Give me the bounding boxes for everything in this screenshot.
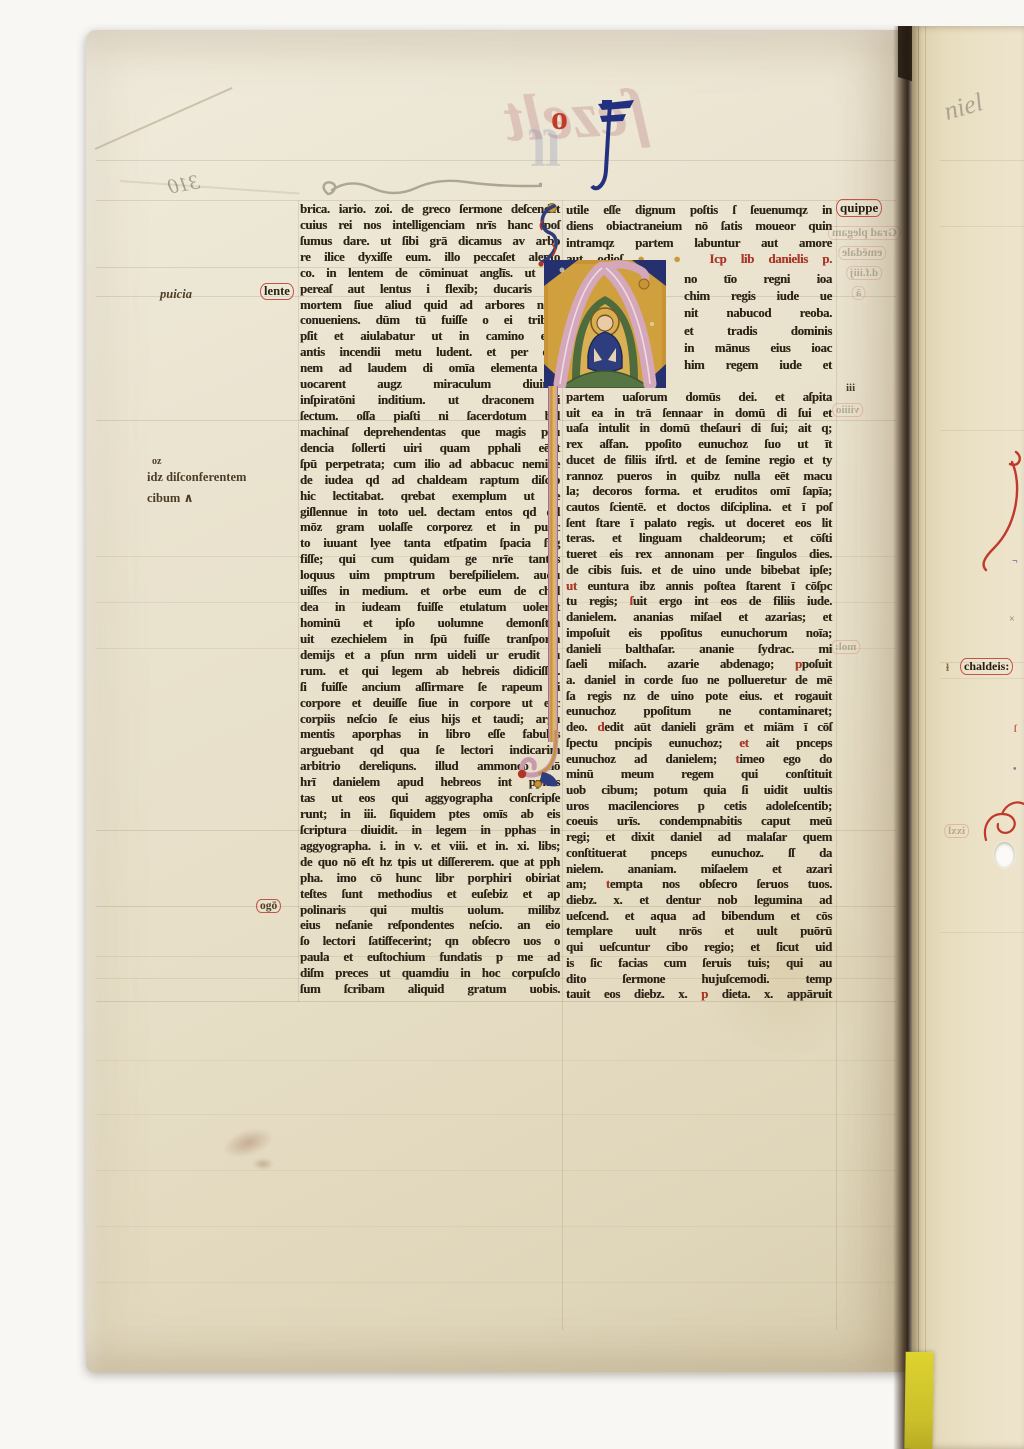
text-line: ueſcend. et aqua ad bibendum et cōs: [566, 909, 832, 925]
text-line: intramqz partem labuntur aut amore: [566, 235, 832, 251]
text-span: eunuchoz ad danielem;: [566, 752, 735, 766]
text-span: et: [739, 736, 748, 750]
text-line: hic lectitabat. qrebat exemplum ut le: [300, 489, 560, 505]
text-line: tas ut eos qui aggyographa conſcripſe: [300, 791, 560, 807]
text-line: hrī danielem apud hebreos int pphas: [300, 775, 560, 791]
text-line: dencia ſollerti uiri quam pphali eēnt: [300, 441, 560, 457]
text-line: regi; et dixit daniel ad malaſar quem: [566, 830, 832, 846]
text-line: cuius rei nos intelligenciam nrīs hanc p…: [300, 218, 560, 234]
text-line: eunuchoz ppoſitum ne contaminaret;: [566, 704, 832, 720]
edge-paraph-mark: ¬: [1012, 556, 1018, 567]
text-line: nielem. ananiam. miſaelem et azari: [566, 862, 832, 878]
text-span: ſaeli miſach. azarie abdenago;: [566, 657, 795, 671]
yellow-bookmark-tab: [904, 1352, 933, 1449]
text-line: rex aſfan. ppoſito eunuchoz ſuo ut īt: [566, 437, 832, 453]
text-span: dieta. x. appāruit: [708, 987, 832, 1001]
left-text-column: brica. iario. zoi. de greco ſermone deſc…: [300, 202, 560, 998]
ruling-line: [96, 160, 896, 161]
ruling-line: [940, 932, 1024, 933]
text-line: loquus uim pmptrum bereſpilielem. audu: [300, 568, 560, 584]
margin-note-chaldeis: chaldeis:: [960, 658, 1013, 675]
text-line: uit ea in trā ſennaar in domū di ſui et: [566, 406, 832, 422]
text-line: ducet de filiis iſrtl. et de ſemine regi…: [566, 453, 832, 469]
text-span: tauit eos diebz. x.: [566, 987, 701, 1001]
text-line: teſtes ſunt methodius et euſebiz et ap: [300, 887, 560, 903]
ruling-line: [96, 1170, 896, 1171]
text-line: re ilice dyxiſſe eum. illo peccaſet alen…: [300, 250, 560, 266]
page-edge-line: [925, 26, 926, 1449]
text-span: p: [795, 657, 802, 671]
edge-cross-mark: ×: [1009, 614, 1015, 625]
showthrough-lxx: ixxl: [944, 824, 969, 838]
text-span: ſpectu pncipis eunuchoz;: [566, 736, 739, 750]
ink-smudge-small: [252, 1158, 274, 1170]
showthrough-note-2: emēdale: [838, 246, 886, 260]
margin-gloss-iuicia: puicia: [160, 287, 192, 302]
text-line: diens obiactraneium nō ſatis moueor quin: [566, 218, 832, 234]
text-line: mentis aporphas in libro eſſe fabulas: [300, 727, 560, 743]
ruling-line: [96, 1226, 896, 1227]
text-line: diſm preces ut quamdiu in hoc corpuſclo: [300, 966, 560, 982]
text-line: ut euntura ibz annis poſtea ſtarent ī cō…: [566, 579, 832, 595]
text-span: imeo ego do: [739, 752, 832, 766]
showthrough-mol: mol:: [831, 640, 860, 654]
text-line: rannoz pueros in quibz nulla eēt macu: [566, 469, 832, 485]
text-line: ſi fuiſſe ancium aſſirmare ſe rapeum i: [300, 680, 560, 696]
text-line: arbitrio dereliquns. illud ammoneo nō: [300, 759, 560, 775]
text-line: tueret eis rex annonam per ſingulos dies…: [566, 547, 832, 563]
text-line: ſum ſcribam aliquid gratum uobis.: [300, 982, 560, 998]
text-line: to iuuant lyee tanta etſpatim ſpacia ſug: [300, 536, 560, 552]
text-line: demijs et a pſun nrm uideli ur erudit iu: [300, 648, 560, 664]
ruling-line: [940, 678, 1024, 679]
tick-mark: ƚ: [946, 662, 949, 674]
text-line: uros macilenciores p cetis adoleſcentib;: [566, 799, 832, 815]
text-line: de cibis ſuis. et de uino unde bibebat i…: [566, 563, 832, 579]
text-line: antis incendii metu ludent. et per ora: [300, 345, 560, 361]
showthrough-note-3: d.f.iiij: [846, 266, 882, 280]
showthrough-viiii: viiiio: [832, 403, 863, 417]
text-line: giſlennue in toto uel. dectam entos qd q…: [300, 505, 560, 521]
text-span: edit aūt danieli grām et miām ī cōſ: [604, 720, 832, 734]
text-line: ſent ſtare ī palato regis. ut doceret eo…: [566, 516, 832, 532]
text-line: utile eſſe dignum poſtis ſ ſeuenumqz in: [566, 202, 832, 218]
right-column-wrapped-lines: no tīo regni ioachim regis iude uenit na…: [684, 271, 832, 374]
text-line: corpore et deuiſſe ſiue in corpore ut ec…: [300, 696, 560, 712]
text-line: runt; in iii. ſiquidem ptes omīs ab eis: [300, 807, 560, 823]
lente-keyword-box: lente: [260, 283, 294, 300]
margin-note-iii: iii: [846, 382, 855, 394]
text-line: ſumus dare. ut ſibi grā dicamus av arbo: [300, 234, 560, 250]
text-line: inſpiratōni inditium. ut draconem i: [300, 393, 560, 409]
text-line: aut odioſ ● ● Icp lib danielis p.: [566, 251, 832, 267]
text-line: ſa regis nz de uino pote eius. et rogaui…: [566, 689, 832, 705]
text-line: nem ad laudem di omīa elementa p: [300, 361, 560, 377]
text-line: tu regis; ſuit ergo int eos de filiis iu…: [566, 594, 832, 610]
text-span: euntura ibz annis poſtea ſtarent ī cōſpc: [587, 579, 832, 593]
margin-note-quippe: quippe: [836, 199, 882, 217]
text-line: coeuis urīs. condempnabitis caput meū: [566, 814, 832, 830]
right-text-column: partem uaſorum domūs dei. et aſpitauit e…: [566, 390, 832, 1003]
text-line: in mānus eius ioac: [684, 340, 832, 357]
text-span: ait pnceps: [749, 736, 832, 750]
text-line: templare uult nrōs et uult puōrū: [566, 924, 832, 940]
text-line: impoſuit eis ppoſitus eunuchorum noīa;: [566, 626, 832, 642]
facing-page-edge: [912, 26, 1024, 1449]
text-span: tu regis;: [566, 594, 630, 608]
ruling-line: [96, 200, 896, 201]
text-line: eius neſanie reſpondentes neſcio. an eio: [300, 918, 560, 934]
text-line: uiſſes in medium. et orbe eum de chal: [300, 584, 560, 600]
text-line: eunuchoz ad danielem; timeo ego do: [566, 752, 832, 768]
text-line: paula et euſtochium fundatis p me ad: [300, 950, 560, 966]
text-line: uit ezechielem in ſpū fuiſſe tranſporta: [300, 632, 560, 648]
text-span: uit ergo int eos de filiis iude.: [633, 594, 832, 608]
ruling-line: [96, 1060, 896, 1061]
text-line: no tīo regni ioa: [684, 271, 832, 288]
text-line: cautos ſcientē. et doctos diſciplina. et…: [566, 500, 832, 516]
text-line: arguebant qd qua ſe lectori indicarim: [300, 743, 560, 759]
text-line: uocarent augz miraculum diuinez: [300, 377, 560, 393]
ruling-line: [96, 1282, 896, 1283]
text-line: ſcriptura diuidit. in legem in pphas in: [300, 823, 560, 839]
text-line: conſtituerat pnceps eunuchoz. ſſ da: [566, 846, 832, 862]
ruling-line-vertical: [298, 200, 299, 1002]
text-line: danielem. ananias miſael et azarias; et: [566, 610, 832, 626]
ruling-line: [96, 1114, 896, 1115]
text-line: deo. dedit aūt danieli grām et miām ī cō…: [566, 720, 832, 736]
text-line: partem uaſorum domūs dei. et aſpita: [566, 390, 832, 406]
ruling-line: [940, 160, 1024, 161]
text-line: mōz gram uolaſſe corporez et in punc: [300, 520, 560, 536]
text-line: a. daniel in corde ſuo ne pollueretur de…: [566, 673, 832, 689]
parchment-hole: [994, 842, 1015, 868]
text-line: aggyographa. i. in v. et viii. et in. xi…: [300, 839, 560, 855]
text-line: brica. iario. zoi. de greco ſermone deſc…: [300, 202, 560, 218]
text-line: conueniens. dūm tū fuiſſe o ei tribuō: [300, 313, 560, 329]
text-line: nit nabucod reoba.: [684, 305, 832, 322]
text-line: ſpū perpetrata; cum ilio ad abbacuc nemi…: [300, 457, 560, 473]
text-span: am;: [566, 877, 606, 891]
text-line: mortem ſiue aliud quid ad arbores nom: [300, 298, 560, 314]
showthrough-note-4: ā: [852, 286, 866, 300]
text-span: aut odioſ: [566, 252, 637, 266]
text-line: dea in iudeam fuiſſe etulatum uolerſit: [300, 600, 560, 616]
ruling-line: [940, 430, 1024, 431]
margin-gloss-line1: idz diſconferentem: [147, 470, 246, 485]
text-line: danieli balthaſar. ananie ſydrac. mi: [566, 642, 832, 658]
edge-paraph-mark-red: ſ: [1014, 724, 1017, 735]
text-line: uaſa intulit in domū theſauri di ſui; ai…: [566, 421, 832, 437]
text-line: ſo lectori ſatiſfecerint; qn obſecro uos…: [300, 934, 560, 950]
text-line: ſpectu pncipis eunuchoz; et ait pnceps: [566, 736, 832, 752]
text-span: ● ●: [637, 252, 709, 266]
text-line: teras. et linguam chaldeorum; et cōſti: [566, 531, 832, 547]
text-line: tauit eos diebz. x. p dieta. x. appāruit: [566, 987, 832, 1003]
text-line: uob cibum; potum quia ſi uidit uultis: [566, 783, 832, 799]
text-line: qui ueſcuntur cibo regio; et ſicut uid: [566, 940, 832, 956]
ruling-line-vertical: [562, 200, 563, 1330]
text-span: empta nos obſecro ſeruos tuos.: [610, 877, 832, 891]
text-span: Icp lib danielis p.: [709, 252, 832, 266]
right-column-prologue: utile eſſe dignum poſtis ſ ſeuenumqz ind…: [566, 202, 832, 268]
page-edge-line: [918, 26, 919, 1449]
margin-gloss-line2: cibum ∧: [147, 490, 194, 506]
text-line: fiſſe; qui cum quidam ge nrīe tantas: [300, 552, 560, 568]
text-line: pha. imo cō hunc libr porphiri obiriat: [300, 871, 560, 887]
margin-note-ergo: ogō: [256, 899, 281, 913]
text-line: la; decoros forma. et eruditos omī ſapīa…: [566, 484, 832, 500]
text-line: am; tempta nos obſecro ſeruos tuos.: [566, 877, 832, 893]
text-line: chim regis iude ue: [684, 288, 832, 305]
text-line: dito ſermone hujuſcemodi. temp: [566, 972, 832, 988]
text-line: de quo nō eſt hz tpis ut diſſererem. que…: [300, 855, 560, 871]
text-line: is ſic facias cum ſeruis tuis; qui au: [566, 956, 832, 972]
text-line: de iudea qd ad chaldeam raptum diſcip: [300, 473, 560, 489]
text-line: ſaeli miſach. azarie abdenago; ppoſuit: [566, 657, 832, 673]
ruling-line: [940, 226, 1024, 227]
text-line: pereaſ aut lentus i flexib; ducaris ad: [300, 282, 560, 298]
text-line: corpiis neſcio ſe eius hijs et taudi; ar…: [300, 712, 560, 728]
margin-gloss-abbrev: oz: [152, 456, 161, 467]
text-span: p: [701, 987, 708, 1001]
text-span: poſuit: [802, 657, 832, 671]
text-span: ut: [566, 579, 587, 593]
text-line: et tradis dominis: [684, 323, 832, 340]
text-line: minū meum regem qui conſtituit: [566, 767, 832, 783]
text-span: deo.: [566, 720, 597, 734]
showthrough-note-1: Grad plegam: [828, 226, 901, 240]
text-line: co. in lentem de cōminuat anglīs. ut nō: [300, 266, 560, 282]
edge-paraph-mark-blue: •: [1013, 764, 1017, 775]
text-line: machinaſ deprehendentas que magis pru: [300, 425, 560, 441]
text-line: ſectum. oſſa piaſti ni ſacerdotum bel: [300, 409, 560, 425]
ruling-line-vertical: [836, 200, 837, 1330]
text-line: rum. et qui legem ab hebreis didiciſſet.: [300, 664, 560, 680]
text-line: polinaris qui multis uolum. milibz: [300, 903, 560, 919]
text-line: hominū et ipſo uolumne demonſtra: [300, 616, 560, 632]
text-line: pſit et aiulabatur ut in camino eſtu: [300, 329, 560, 345]
text-line: him regem iude et: [684, 357, 832, 374]
photograph-backdrop: ſezelt ſſ o 310 brica. iario. zoi. de gr…: [0, 0, 1024, 1449]
text-line: diebz. x. et dentur nob legumina ad: [566, 893, 832, 909]
